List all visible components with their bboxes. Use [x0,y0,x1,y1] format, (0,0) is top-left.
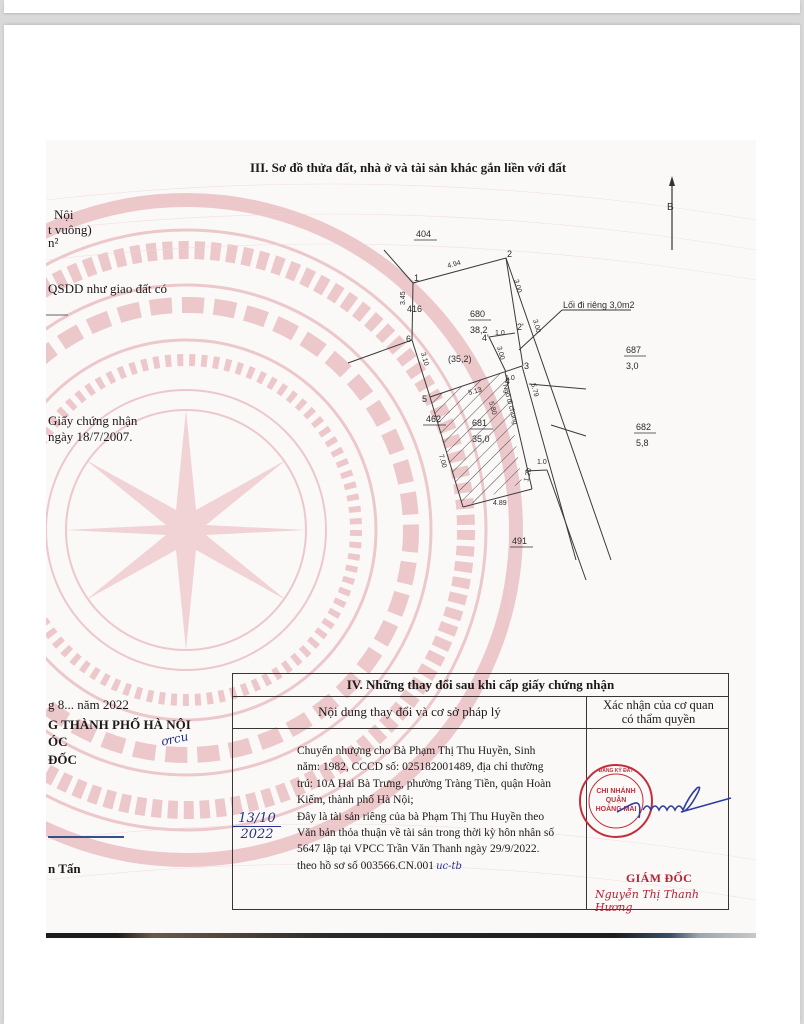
issuer-org-fragment: G THÀNH PHỐ HÀ NỘI [48,717,191,733]
private-path-label: Lối đi riêng 3,0m2 [563,300,635,310]
entry-date-bottom: 2022 [233,827,281,842]
entry-line: 5647 lập tại VPCC Trần Văn Thanh ngày 29… [297,841,587,857]
svg-text:416: 416 [407,304,422,314]
dossier-number: theo hồ sơ số 003566.CN.001 [297,860,434,872]
svg-text:3.00: 3.00 [495,346,505,361]
svg-text:462: 462 [426,414,441,424]
entry-line: năm: 1982, CCCD số: 025182001489, địa ch… [297,759,587,775]
issuer-role-fragment: ÓC [48,734,68,750]
svg-text:3: 3 [524,361,529,371]
svg-text:4': 4' [482,333,489,343]
land-parcel-diagram: B 404 [46,140,756,640]
issue-date-fragment: g 8... năm 2022 [48,697,129,713]
section4-title: IV. Những thay đổi sau khi cấp giấy chứn… [233,674,728,697]
signer-title: GIÁM ĐỐC [626,871,692,886]
scan-bottom-edge [46,933,756,938]
north-label: B [667,202,674,213]
svg-text:404: 404 [416,229,431,239]
signer-name: Nguyễn Thị Thanh Hương [595,888,728,914]
entry-line: theo hồ sơ số 003566.CN.001uc-tb [297,858,587,875]
entry-initials: uc-tb [436,861,462,872]
header-line: có thẩm quyền [587,712,730,726]
svg-text:687: 687 [626,345,641,355]
svg-text:2': 2' [517,322,524,332]
svg-text:682: 682 [636,422,651,432]
previous-page-edge [4,0,800,13]
svg-text:ĐĂNG KÝ ĐẤT: ĐĂNG KÝ ĐẤT [599,767,634,774]
entry-line: Văn bản thỏa thuận về tài sản trong thời… [297,825,587,841]
svg-text:6: 6 [406,334,411,344]
change-entry: Chuyển nhượng cho Bà Phạm Thị Thu Huyền,… [297,743,587,875]
svg-text:1.20: 1.20 [523,467,533,482]
signature-icon [613,774,733,834]
svg-text:35,0: 35,0 [472,434,490,444]
svg-text:1.0: 1.0 [537,459,547,466]
svg-text:7.00: 7.00 [437,454,447,469]
svg-text:680: 680 [470,309,485,319]
svg-text:1: 1 [414,273,419,283]
header-change-content: Nội dung thay đổi và cơ sở pháp lý [233,696,586,728]
entry-line: trú: 10A Hai Bà Trưng, phường Tràng Tiền… [297,776,587,792]
header-line: Xác nhận của cơ quan [587,698,730,712]
svg-text:1.0: 1.0 [505,375,515,382]
svg-text:(35,2): (35,2) [448,354,472,364]
svg-text:3.00: 3.00 [531,319,541,334]
svg-text:3.10: 3.10 [419,352,429,367]
header-authority-confirmation: Xác nhận của cơ quan có thẩm quyền [587,698,730,726]
svg-text:3,0: 3,0 [626,361,639,371]
svg-text:681: 681 [472,418,487,428]
issuer-role-fragment: ĐỐC [48,752,77,768]
entry-line: Kiếm, thành phố Hà Nội; [297,792,587,808]
svg-text:5,8: 5,8 [636,438,649,448]
changes-table: IV. Những thay đổi sau khi cấp giấy chứn… [232,673,729,910]
entry-line: Chuyển nhượng cho Bà Phạm Thị Thu Huyền,… [297,743,587,759]
signature-line [48,836,124,838]
svg-text:5: 5 [422,394,427,404]
entry-date-top: 13/10 [233,811,281,827]
svg-text:1.0: 1.0 [495,330,505,337]
svg-text:4.94: 4.94 [447,260,462,270]
entry-line: Đây là tài sản riêng của bà Phạm Thị Thu… [297,809,587,825]
svg-text:4.89: 4.89 [493,500,507,507]
svg-text:3.00: 3.00 [512,279,522,294]
svg-text:3.45: 3.45 [400,291,407,305]
svg-text:2: 2 [507,249,512,259]
svg-text:491: 491 [512,536,527,546]
entry-date: 13/10 2022 [233,811,281,842]
certificate-scan: III. Sơ đồ thửa đất, nhà ở và tài sản kh… [46,140,756,933]
signer-name-fragment: n Tấn [48,861,81,877]
table-header-row: Nội dung thay đổi và cơ sở pháp lý Xác n… [233,696,728,729]
